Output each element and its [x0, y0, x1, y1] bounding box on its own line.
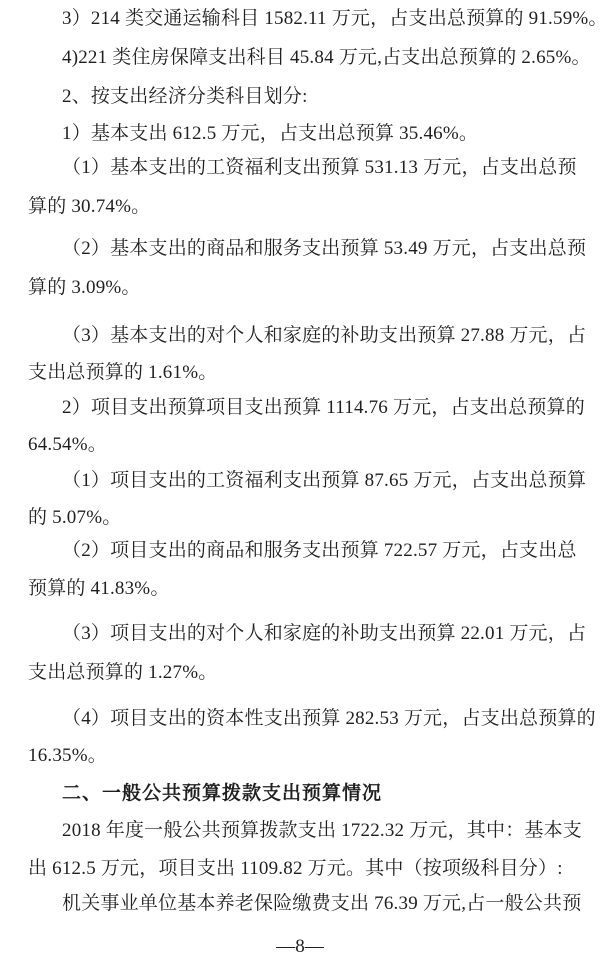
document-line: 预算的 41.83%。 — [28, 578, 170, 600]
document-line: 2018 年度一般公共预算拨款支出 1722.32 万元，其中：基本支 — [62, 820, 582, 842]
document-line: 算的 30.74%。 — [28, 196, 150, 218]
document-line: （2）基本支出的商品和服务支出预算 53.49 万元，占支出总预 — [62, 238, 586, 260]
document-line: 3）214 类交通运输科目 1582.11 万元，占支出总预算的 91.59%。 — [62, 8, 600, 30]
document-line: 支出总预算的 1.61%。 — [28, 362, 217, 384]
document-line: 2）项目支出预算项目支出预算 1114.76 万元，占支出总预算的 — [62, 397, 585, 419]
document-line: 2、按支出经济分类科目划分: — [62, 86, 308, 108]
document-line: 16.35%。 — [28, 745, 107, 767]
document-line: 1）基本支出 612.5 万元，占支出总预算 35.46%。 — [62, 123, 478, 145]
document-line: （1）项目支出的工资福利支出预算 87.65 万元，占支出总预算 — [62, 470, 586, 492]
document-line: （4）项目支出的资本性支出预算 282.53 万元，占支出总预算的 — [62, 708, 596, 730]
document-line: 机关事业单位基本养老保险缴费支出 76.39 万元,占一般公共预 — [62, 893, 581, 915]
document-line: 的 5.07%。 — [28, 507, 121, 529]
document-line: （3）基本支出的对个人和家庭的补助支出预算 27.88 万元，占 — [62, 325, 586, 347]
section-heading: 二、一般公共预算拨款支出预算情况 — [62, 783, 382, 805]
document-line: 支出总预算的 1.27%。 — [28, 662, 217, 684]
document-line: 算的 3.09%。 — [28, 277, 141, 299]
document-line: （1）基本支出的工资福利支出预算 531.13 万元，占支出总预 — [62, 157, 577, 179]
document-line: （3）项目支出的对个人和家庭的补助支出预算 22.01 万元，占 — [62, 623, 586, 645]
document-line: 64.54%。 — [28, 434, 107, 456]
document-line: 4)221 类住房保障支出科目 45.84 万元,占支出总预算的 2.65%。 — [62, 47, 591, 69]
page-number: —8— — [0, 936, 600, 958]
document-page: 3）214 类交通运输科目 1582.11 万元，占支出总预算的 91.59%。… — [0, 0, 600, 973]
document-line: 出 612.5 万元，项目支出 1109.82 万元。其中（按项级科目分）: — [28, 858, 563, 880]
document-line: （2）项目支出的商品和服务支出预算 722.57 万元，占支出总 — [62, 540, 577, 562]
